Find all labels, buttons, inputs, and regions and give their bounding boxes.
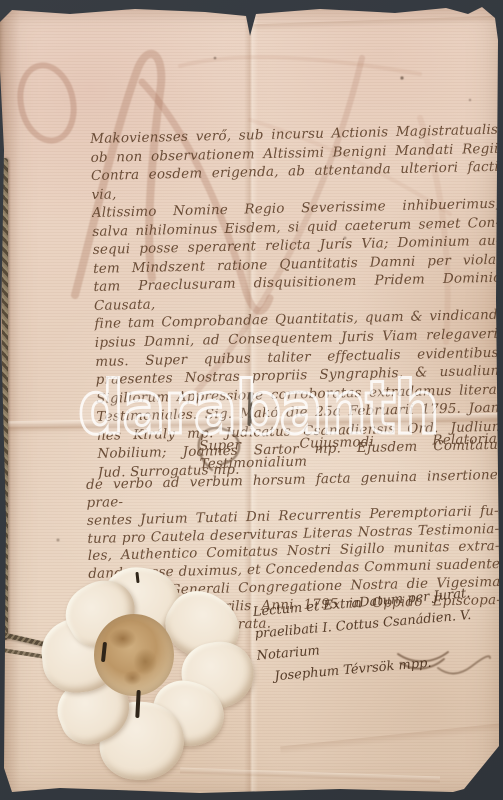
binding-cord-vertical: [2, 158, 8, 640]
manuscript-paragraph-main: Makoviensses verő, sub incursu Actionis …: [90, 121, 503, 483]
seal-petal: [49, 667, 140, 753]
cord-tassel: [183, 689, 209, 700]
wrinkle-bottom: [180, 767, 440, 783]
wrinkle-bottom-right: [280, 724, 500, 755]
document-photo: Makoviensses verő, sub incursu Actionis …: [0, 0, 503, 800]
seal-cord-slit: [135, 690, 140, 718]
stamp-ring: [14, 60, 81, 145]
seal-petal: [177, 636, 259, 714]
fold-crease-top: [250, 16, 503, 33]
manuscript-page: Makoviensses verő, sub incursu Actionis …: [0, 0, 503, 800]
closing-signature-block: Lectum et ExtraDatum per Jurat. praeliba…: [252, 582, 489, 690]
ink-smudge-top: [180, 57, 420, 74]
seal-petal: [144, 672, 232, 755]
seal-petal: [97, 699, 186, 783]
